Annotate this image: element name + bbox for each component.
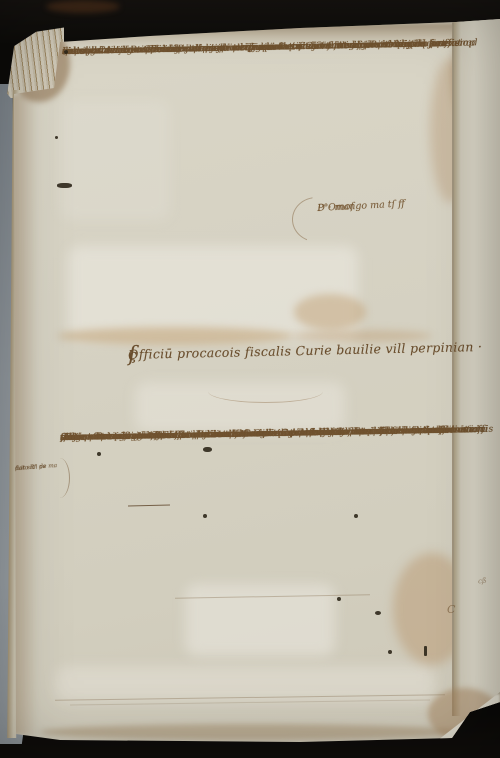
ink-blot — [388, 650, 392, 654]
ink-blot — [424, 646, 427, 656]
text-line: ccc· pl Canço — G cany — [62, 43, 180, 60]
strikethrough-mark — [128, 504, 170, 506]
ink-blot — [57, 183, 72, 188]
manuscript-page: dicta gratia concedimus cui proprie· q g… — [0, 0, 500, 758]
stain — [428, 688, 500, 740]
stain — [294, 294, 366, 330]
margin-mark: cß — [478, 577, 487, 586]
ink-blot — [337, 597, 341, 601]
light-patch — [60, 100, 170, 220]
manuscript-photo: dicta gratia concedimus cui proprie· q g… — [0, 0, 500, 758]
margin-note-line: dato R° ps — [15, 464, 46, 474]
margin-mark: C — [447, 603, 455, 616]
signature-line: D Omoſ — [317, 199, 354, 216]
ink-blot — [64, 50, 68, 54]
ink-blot — [55, 136, 58, 139]
stain — [40, 724, 460, 740]
binding-smudge — [46, 0, 120, 13]
ink-blot — [354, 514, 358, 518]
page-fold-right-leaf — [452, 16, 500, 716]
ink-blot — [97, 452, 101, 456]
offset-arc-mark — [208, 380, 323, 403]
text-line: vobis plenariam et liberam potestatem ag… — [60, 422, 474, 446]
heading-flourish-mark: ς — [128, 347, 137, 363]
stain — [12, 95, 38, 735]
ink-blot — [375, 611, 381, 615]
ink-blot — [203, 514, 207, 518]
stain — [58, 327, 293, 345]
ink-blot — [203, 447, 212, 452]
